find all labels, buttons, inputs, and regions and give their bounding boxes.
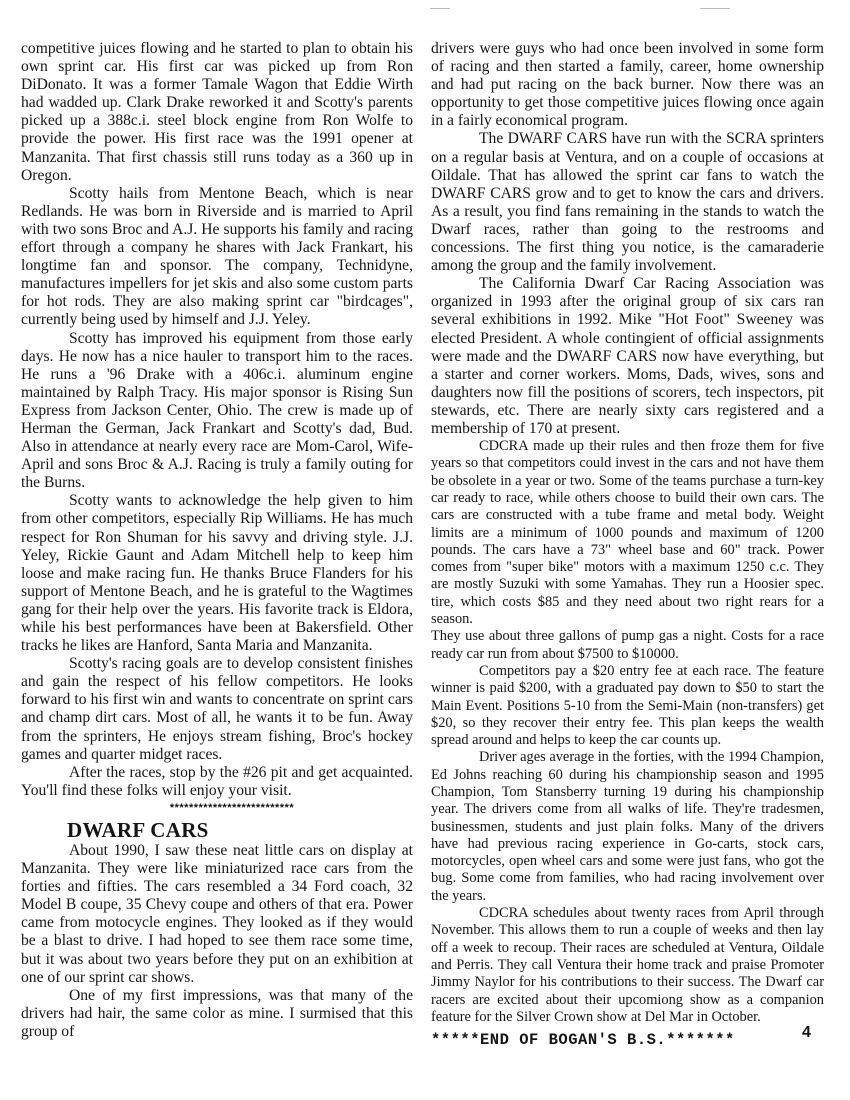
paragraph: One of my first impressions, was that ma… [21,987,413,1041]
paragraph: CDCRA schedules about twenty races from … [431,905,824,1026]
paragraph: Scotty wants to acknowledge the help giv… [21,492,413,655]
paragraph: Competitors pay a $20 entry fee at each … [431,663,824,749]
section-separator: ************************** [21,800,413,816]
paragraph: The DWARF CARS have run with the SCRA sp… [431,130,824,275]
paragraph: Scotty's racing goals are to develop con… [21,655,413,764]
paragraph: Scotty has improved his equipment from t… [21,330,413,493]
paragraph: The California Dwarf Car Racing Associat… [431,275,824,438]
paragraph: Scotty hails from Mentone Beach, which i… [21,185,413,330]
paragraph: After the races, stop by the #26 pit and… [21,764,413,800]
end-of-column-banner: *****END OF BOGAN'S B.S.******* [431,1030,824,1050]
page-number: 4 [802,1024,811,1042]
paragraph: They use about three gallons of pump gas… [431,628,824,663]
left-column: competitive juices flowing and he starte… [21,40,413,1041]
paragraph: About 1990, I saw these neat little cars… [21,842,413,987]
scan-artifact [700,8,730,9]
right-column: drivers were guys who had once been invo… [431,40,824,1050]
paragraph: competitive juices flowing and he starte… [21,40,413,185]
paragraph: Driver ages average in the forties, with… [431,749,824,905]
paragraph: CDCRA made up their rules and then froze… [431,438,824,628]
scan-artifact [430,8,450,9]
section-heading: DWARF CARS [67,818,413,842]
newsletter-page: competitive juices flowing and he starte… [0,0,850,1100]
paragraph: drivers were guys who had once been invo… [431,40,824,130]
